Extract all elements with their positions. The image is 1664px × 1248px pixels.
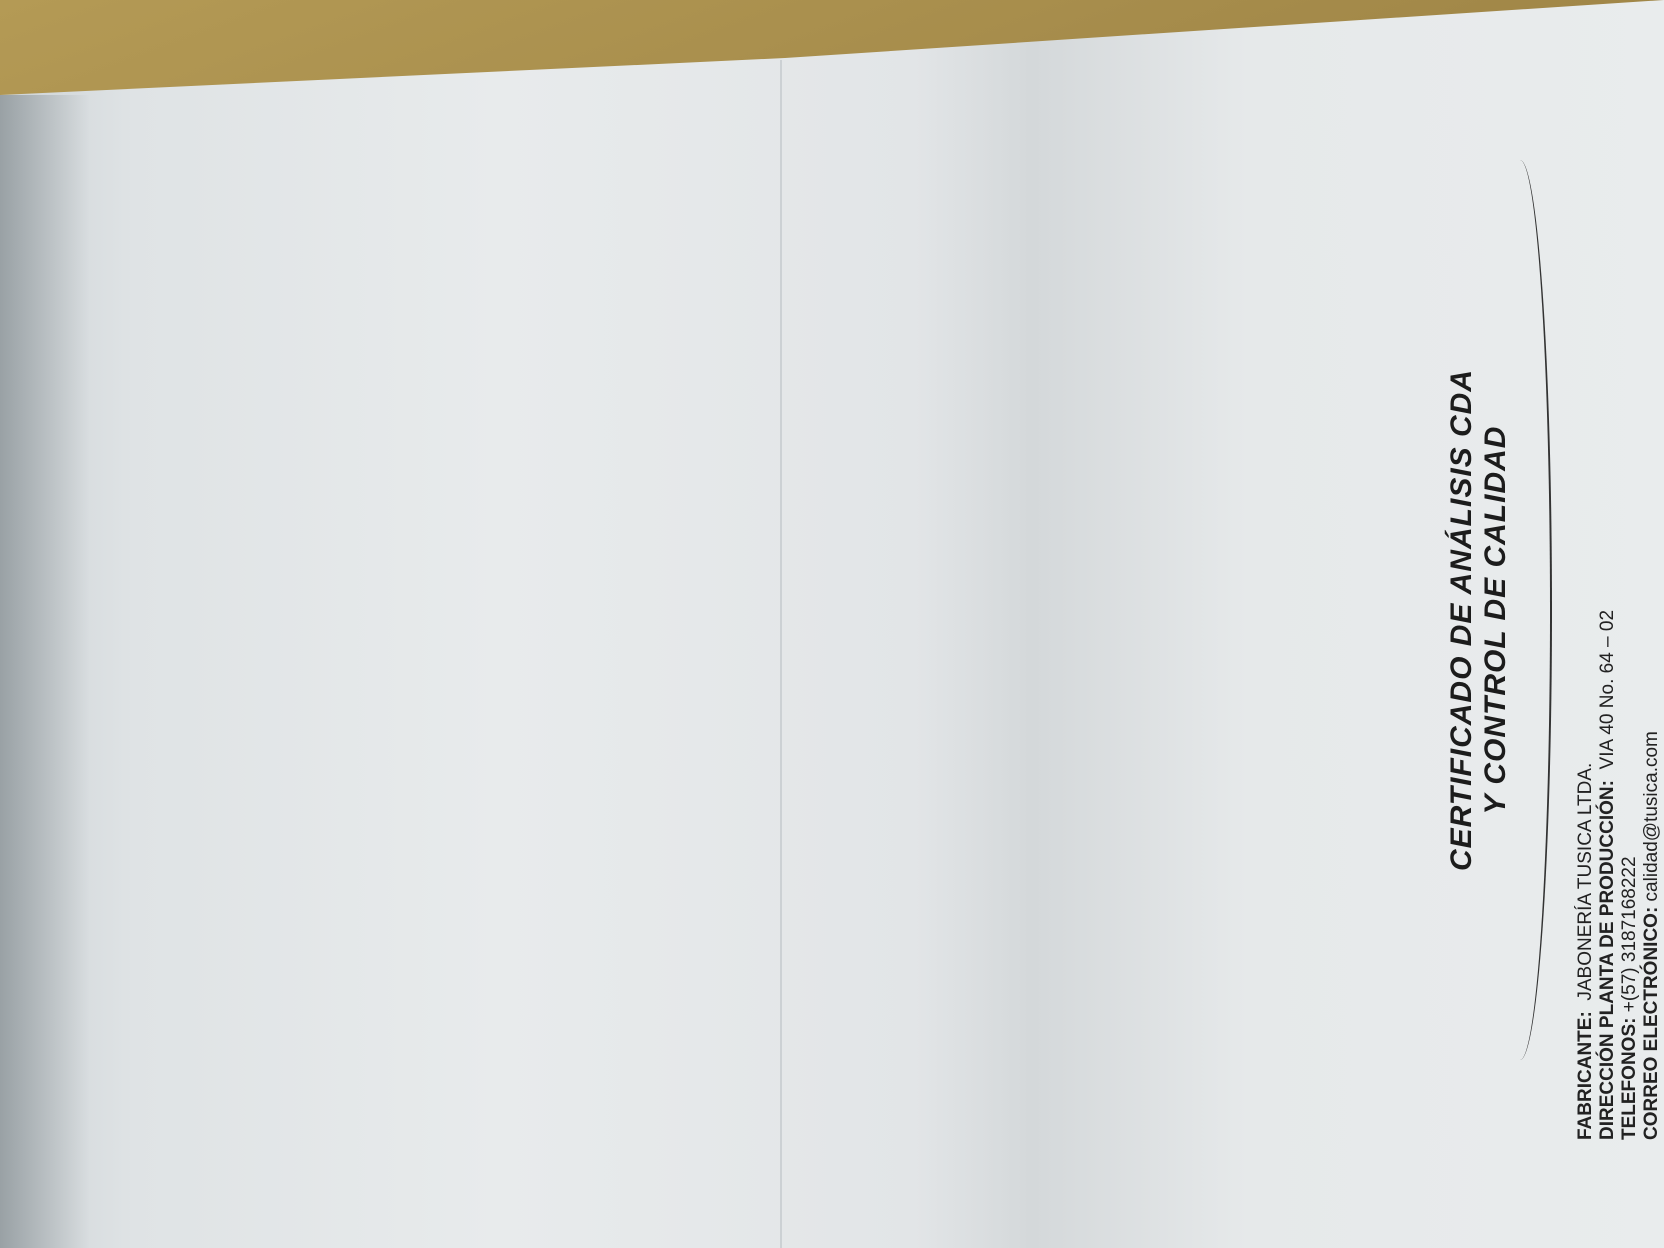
telefonos-label: TELEFONOS:	[1619, 1018, 1640, 1140]
title-line-1: CERTIFICADO DE ANÁLISIS CDA	[1445, 270, 1479, 970]
title-line-2: Y CONTROL DE CALIDAD	[1479, 270, 1513, 970]
direccion-label: DIRECCIÓN PLANTA DE PRODUCCIÓN:	[1597, 780, 1618, 1140]
fold-line	[780, 60, 782, 1248]
fabricante-value: JABONERÍA TUSICA LTDA.	[1575, 763, 1596, 1001]
manufacturer-info: FABRICANTE: JABONERÍA TUSICA LTDA. DIREC…	[1575, 610, 1664, 1140]
fabricante-label: FABRICANTE:	[1575, 1011, 1596, 1140]
document-title: CERTIFICADO DE ANÁLISIS CDA Y CONTROL DE…	[1445, 270, 1513, 970]
direccion-value: VIA 40 No. 64 – 02	[1597, 610, 1618, 770]
telefonos-value: +(57) 3187168222	[1619, 856, 1640, 1012]
page-shadow	[0, 95, 90, 1248]
certificate-document: CERTIFICADO DE ANÁLISIS CDA Y CONTROL DE…	[1340, 130, 1664, 1230]
correo-label: CORREO ELECTRÓNICO:	[1641, 907, 1662, 1140]
correo-value: calidad@tusica.com	[1641, 731, 1662, 901]
title-underline	[1520, 160, 1552, 1060]
